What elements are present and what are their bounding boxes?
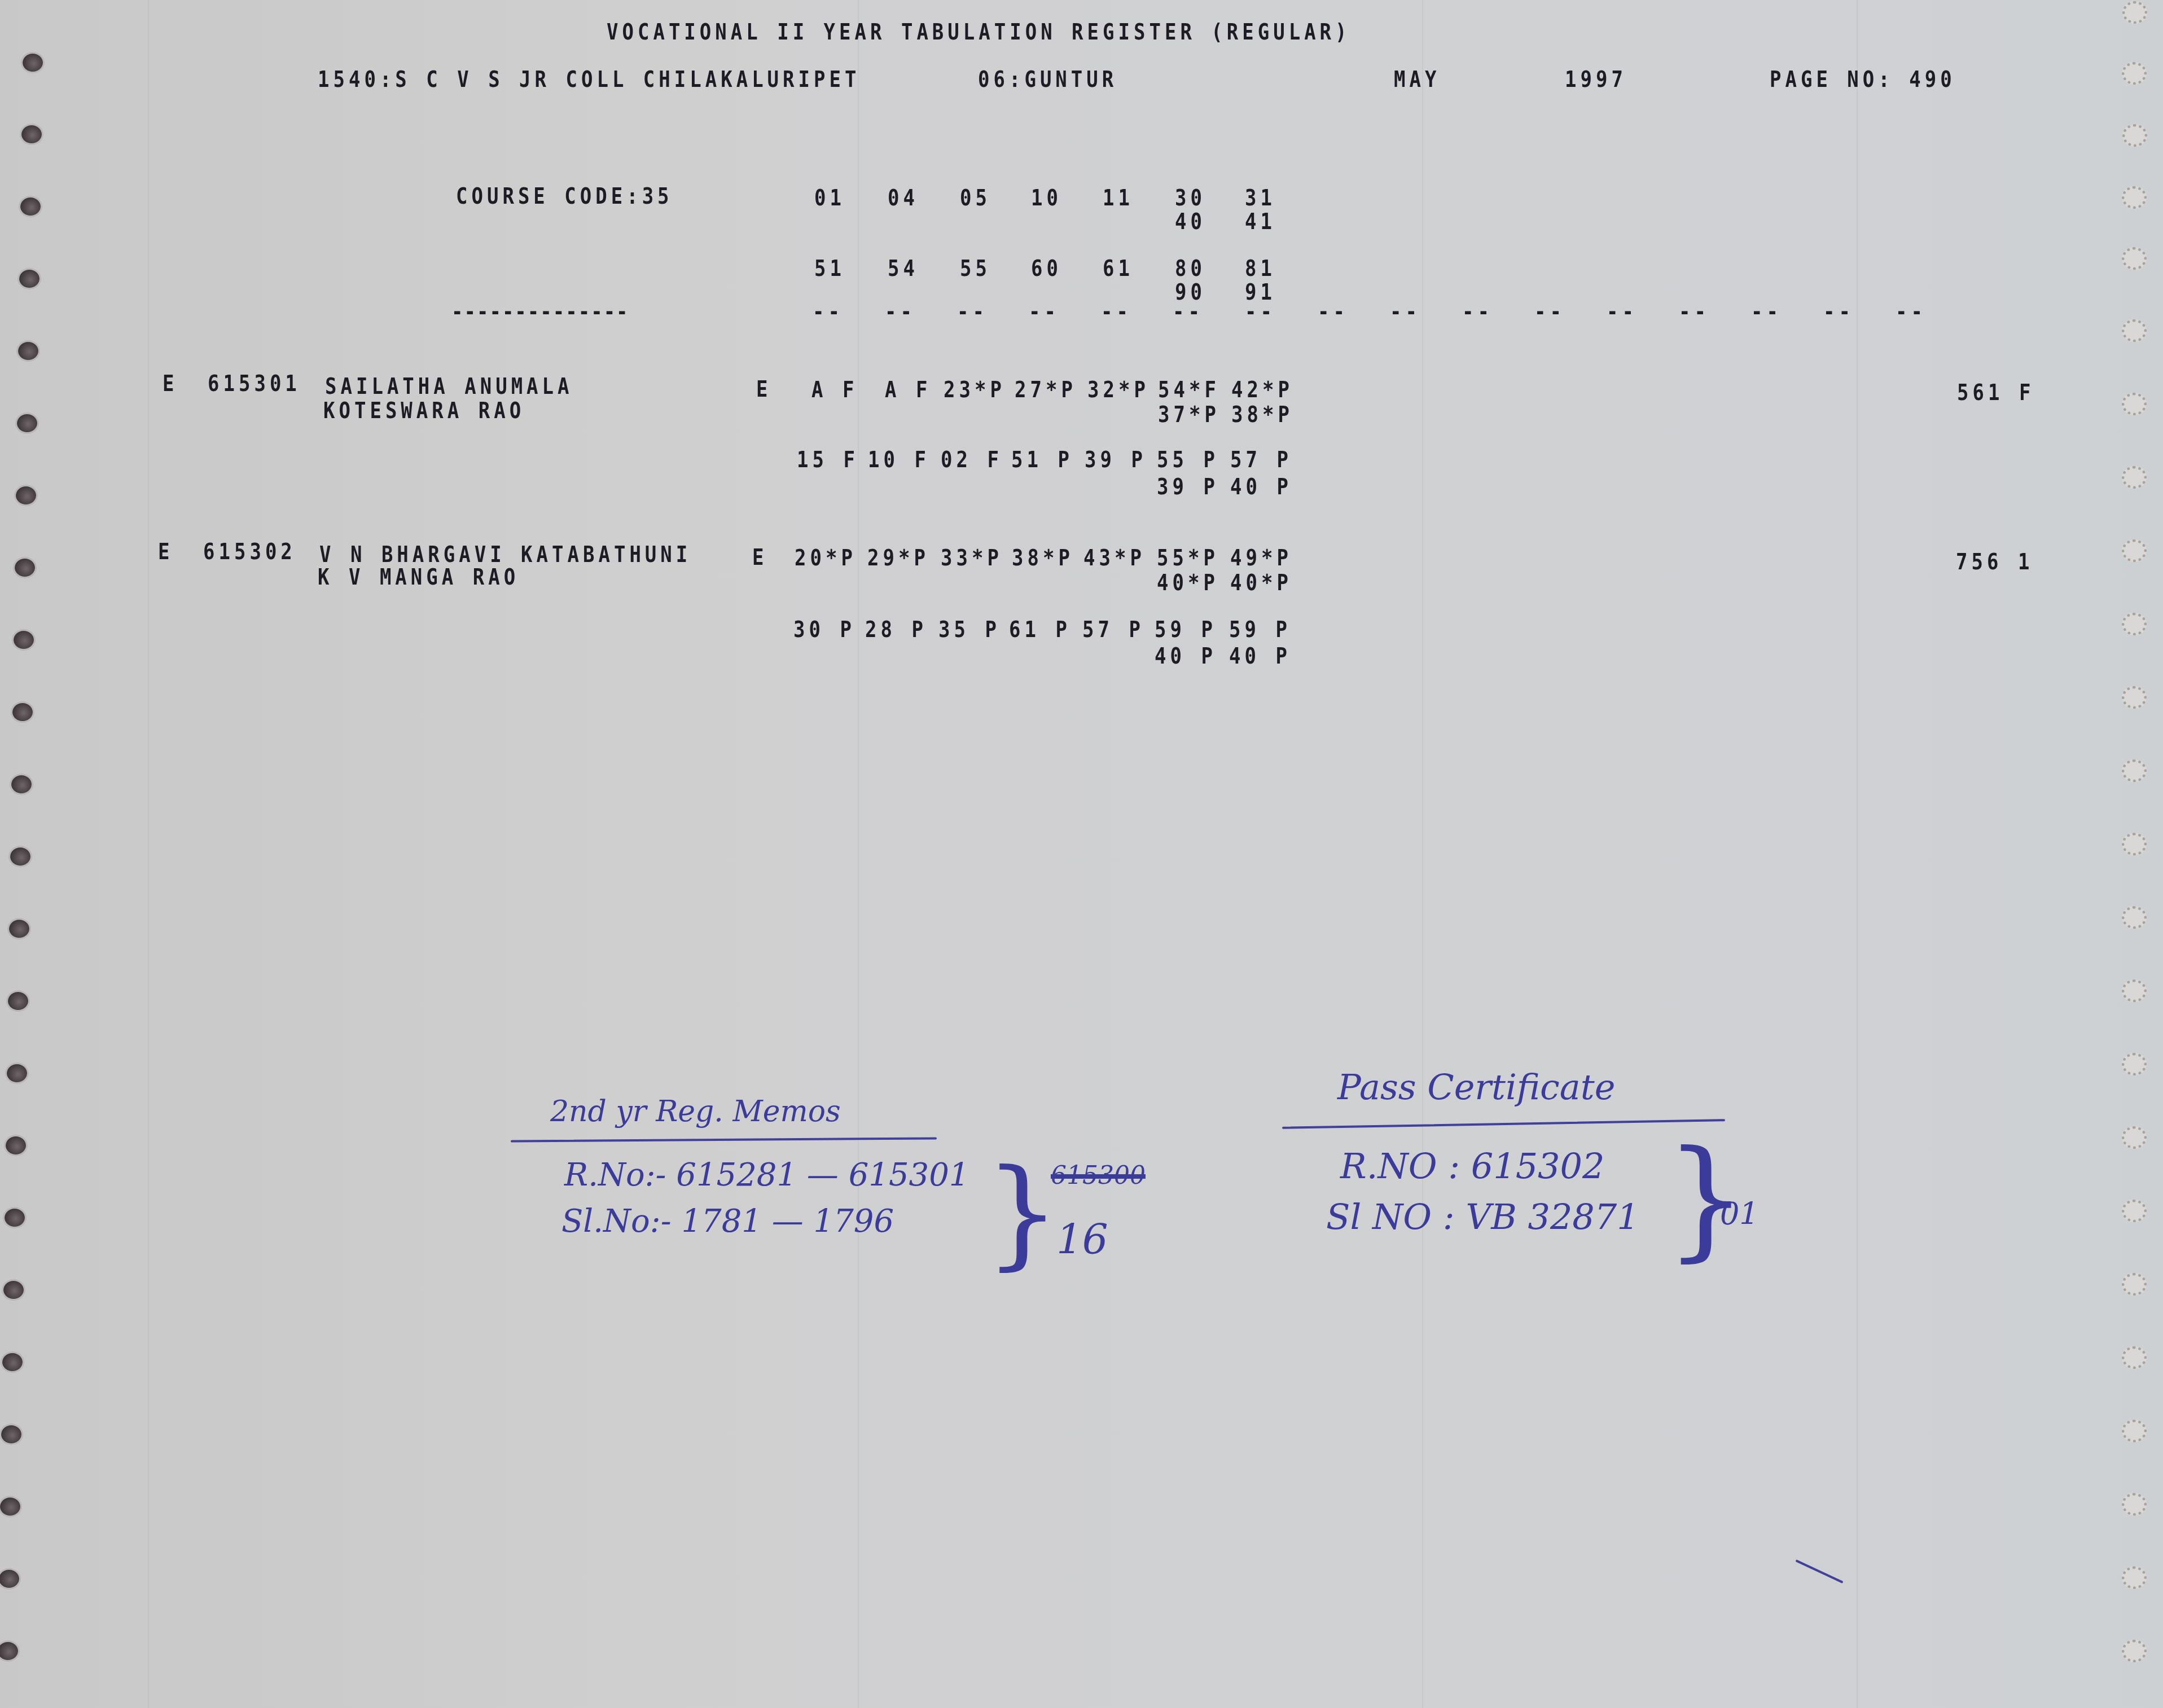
exam-year: 1997 [1565,67,1627,93]
roll-number: 615301 [208,371,301,397]
mark: 38*P [1231,402,1293,428]
feed-hole [2122,686,2147,709]
course-code: 54 [888,256,919,282]
mark: 40*P [1157,570,1219,596]
mark: 32*P [1087,377,1149,403]
feed-hole [2122,1493,2147,1516]
mark: 29*P [867,545,929,571]
guide-line [858,0,859,1708]
pen-stroke [1795,1560,1843,1584]
course-code: 81 [1245,256,1276,282]
separator-dashes: -- [1823,299,1854,325]
feed-hole [2122,759,2147,782]
note-count: 16 [1056,1216,1108,1263]
course-code: 30 [1175,185,1206,211]
note-heading: 2nd yr Reg. Memos [550,1095,841,1129]
feed-hole [2122,247,2147,270]
mark: 23*P [944,377,1006,403]
mark: 55 P [1157,447,1219,473]
mark: 49*P [1230,545,1292,571]
separator-dashes: -- [1318,299,1349,325]
feed-hole [2122,124,2147,147]
feed-hole [10,848,30,866]
medium: E [752,545,767,570]
feed-hole [6,1136,26,1154]
feed-hole [2122,319,2147,342]
brace-icon: } [985,1154,1060,1272]
feed-hole [3,1281,24,1299]
course-code: 11 [1103,185,1134,211]
feed-hole [16,486,36,504]
feed-hole [0,1498,20,1516]
mark: 59 P [1155,617,1217,643]
course-code: 51 [814,256,845,282]
district: 06:GUNTUR [978,67,1117,93]
separator-dashes: -- [1679,299,1710,325]
note-count: 01 [1720,1196,1759,1232]
feed-hole [21,125,42,143]
separator-dashes: -- [1029,299,1060,325]
feed-hole [2122,1640,2147,1662]
feed-hole [2,1353,23,1371]
mark: A F [885,377,931,403]
separator-dashes: -- [1390,299,1421,325]
mark: 02 F [941,447,1003,473]
course-code: 61 [1103,256,1134,282]
separator-dashes: -- [957,299,988,325]
guide-line [1857,0,1858,1708]
course-code: 60 [1031,256,1062,282]
struck-out-text: 615300 [1051,1161,1146,1190]
note-serial-range: Sl.No:- 1781 — 1796 [561,1203,894,1240]
course-code: 80 [1175,256,1206,282]
mark: 10 F [868,447,930,473]
feed-hole [2122,1566,2147,1589]
separator-dashes: -- [1607,299,1638,325]
mark: 43*P [1083,545,1146,571]
mark: 42*P [1231,377,1293,403]
exam-month: MAY [1394,67,1440,93]
mark: 33*P [941,545,1003,571]
feed-hole [2122,1126,2147,1149]
mark: 55*P [1157,545,1219,571]
mark: 40 P [1155,643,1217,669]
mark: 57 P [1082,617,1144,643]
separator-dashes: -- [813,299,844,325]
note-roll-number: R.NO : 615302 [1340,1145,1604,1187]
mark: 15 F [797,447,859,473]
feed-hole [18,342,38,360]
mark: 40 P [1230,474,1292,500]
note-underline [1282,1119,1725,1129]
course-code: 10 [1031,185,1062,211]
feed-hole [8,992,28,1010]
father-name: KOTESWARA RAO [323,398,525,424]
mark: 27*P [1015,377,1077,403]
mark: 40*P [1230,570,1292,596]
feed-hole [2122,1273,2147,1296]
guide-line [148,0,149,1708]
mark: 37*P [1158,402,1220,428]
mark: A F [811,377,858,403]
course-code-label: COURSE CODE:35 [456,183,673,209]
note-heading: Pass Certificate [1337,1066,1615,1108]
feed-hole [2122,186,2147,209]
course-code: 55 [960,256,991,282]
page-number: PAGE NO: 490 [1770,67,1956,93]
medium: E [756,376,771,402]
mark: 38*P [1012,545,1074,571]
feed-hole [7,1064,27,1082]
separator-dashes: -- [1173,299,1204,325]
course-code: 40 [1175,209,1206,235]
feed-hole [2122,980,2147,1002]
mark: 54*F [1158,377,1220,403]
feed-hole [2122,393,2147,415]
feed-hole [0,1642,18,1660]
feed-hole [14,631,34,649]
feed-hole [15,559,35,577]
mark: 59 P [1229,617,1291,643]
separator-dashes: -- [885,299,916,325]
mark: 20*P [795,545,857,571]
feed-hole [2122,833,2147,855]
separator-dashes: -------------- [451,299,629,325]
separator-dashes: -- [1534,299,1565,325]
course-code: 04 [888,185,919,211]
feed-hole [5,1209,25,1227]
note-roll-range: R.No:- 615281 — 615301 [564,1157,969,1193]
separator-dashes: -- [1462,299,1493,325]
separator-dashes: -- [1896,299,1927,325]
course-code: 41 [1245,209,1276,235]
feed-hole [2122,1346,2147,1369]
feed-hole [19,270,40,288]
feed-hole [1,1425,21,1443]
feed-hole [2122,62,2147,85]
feed-hole [9,920,29,938]
mark: 57 P [1230,447,1292,473]
father-name: K V MANGA RAO [318,564,519,590]
roll-number: 615302 [203,539,296,565]
mark: 39 P [1157,474,1219,500]
register-title: VOCATIONAL II YEAR TABULATION REGISTER (… [607,19,1351,45]
guide-line [1422,0,1423,1708]
mark: 39 P [1085,447,1147,473]
feed-hole [12,703,33,721]
college-name: 1540:S C V S JR COLL CHILAKALURIPET [318,67,860,93]
feed-hole [2122,1053,2147,1075]
feed-hole [0,1570,19,1588]
feed-hole [2122,1,2147,24]
mark: 61 P [1009,617,1071,643]
separator-dashes: -- [1245,299,1276,325]
separator-dashes: -- [1101,299,1132,325]
course-code: 31 [1245,185,1276,211]
note-serial-number: Sl NO : VB 32871 [1326,1196,1639,1237]
tabulation-sheet: VOCATIONAL II YEAR TABULATION REGISTER (… [0,0,2163,1708]
mark: 30 P [793,617,855,643]
mark: 35 P [938,617,1001,643]
feed-hole [17,414,37,432]
course-code: 05 [960,185,991,211]
feed-hole [2122,1420,2147,1442]
feed-hole [20,197,41,216]
feed-hole [2122,906,2147,929]
student-flag: E [158,539,173,565]
total-result: 756 1 [1956,549,2033,575]
course-code: 01 [814,185,845,211]
feed-hole [2122,1200,2147,1222]
feed-hole [11,775,32,793]
student-name: SAILATHA ANUMALA [325,374,573,399]
feed-hole [2122,613,2147,635]
student-flag: E [163,371,178,397]
mark: 40 P [1229,643,1291,669]
feed-hole [2122,466,2147,489]
note-underline [511,1137,937,1142]
feed-hole [2122,539,2147,562]
feed-hole [23,54,43,72]
mark: 51 P [1011,447,1073,473]
mark: 28 P [865,617,927,643]
total-result: 561 F [1957,380,2034,406]
separator-dashes: -- [1751,299,1782,325]
